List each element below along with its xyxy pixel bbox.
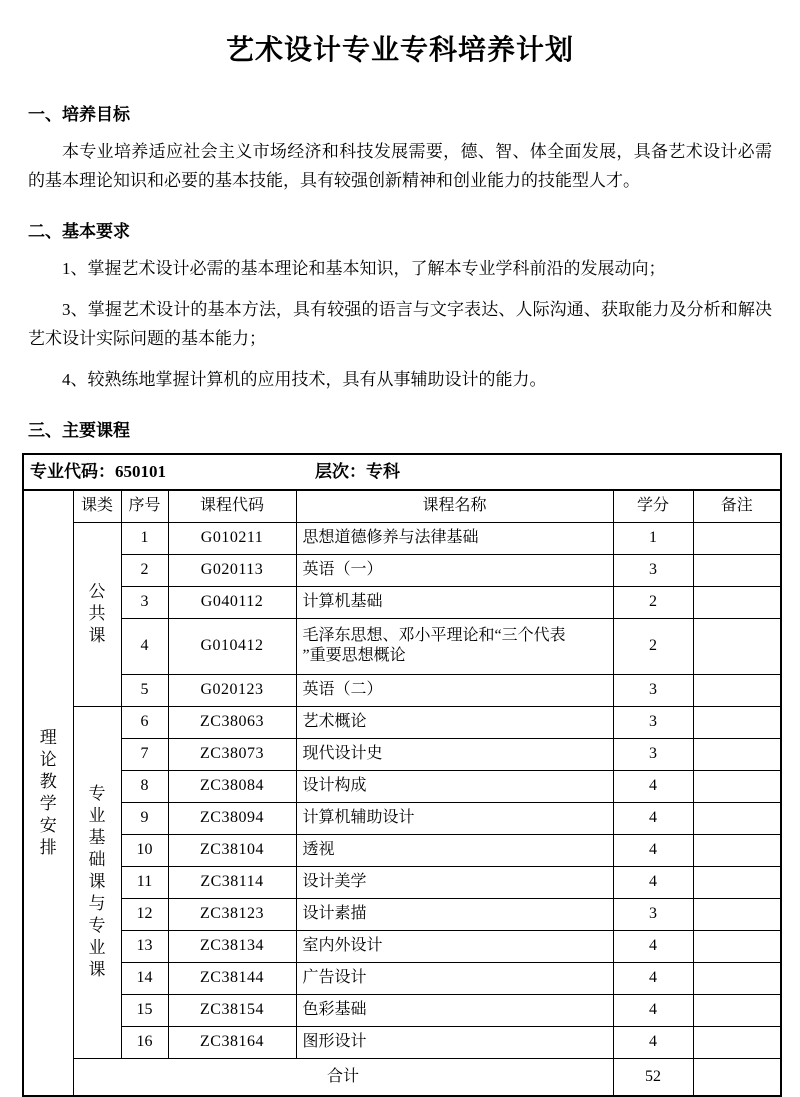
major-code-label: 专业代码： [30,462,115,481]
section-heading-training-goal: 一、培养目标 [28,100,772,125]
course-name: 英语（一） [296,554,613,586]
course-credits: 3 [613,554,693,586]
course-group-label: 专 业 基 础 课 与 专 业 课 [73,706,121,1058]
course-credits: 4 [613,930,693,962]
course-no: 1 [121,522,168,554]
course-code: G040112 [168,586,296,618]
course-credits: 4 [613,1026,693,1058]
course-name: 广告设计 [296,962,613,994]
course-row: 专 业 基 础 课 与 专 业 课6ZC38063艺术概论3 [23,706,781,738]
course-no: 11 [121,866,168,898]
course-code: G010211 [168,522,296,554]
table-header-row: 理 论 教 学 安 排 课类 序号 课程代码 课程名称 学分 备注 [23,490,781,522]
course-name: 计算机辅助设计 [296,802,613,834]
document-page: 艺术设计专业专科培养计划 一、培养目标 本专业培养适应社会主义市场经济和科技发展… [0,0,800,1097]
course-no: 15 [121,994,168,1026]
course-no: 13 [121,930,168,962]
side-group-label: 理 论 教 学 安 排 [23,490,73,1096]
column-header-course-name: 课程名称 [296,490,613,522]
major-code-value: 650101 [115,462,166,481]
course-name: 思想道德修养与法律基础 [296,522,613,554]
course-credits: 4 [613,770,693,802]
course-no: 7 [121,738,168,770]
requirement-item-1: 1、掌握艺术设计必需的基本理论和基本知识，了解本专业学科前沿的发展动向； [28,254,772,283]
course-remark [693,586,781,618]
course-credits: 4 [613,802,693,834]
course-code: ZC38134 [168,930,296,962]
course-code: G020113 [168,554,296,586]
course-remark [693,738,781,770]
course-remark [693,770,781,802]
course-no: 10 [121,834,168,866]
course-row: 14ZC38144广告设计4 [23,962,781,994]
course-credits: 4 [613,962,693,994]
page-title: 艺术设计专业专科培养计划 [28,28,772,68]
course-row: 8ZC38084设计构成4 [23,770,781,802]
course-name: 艺术概论 [296,706,613,738]
course-row: 15ZC38154色彩基础4 [23,994,781,1026]
course-name: 英语（二） [296,674,613,706]
course-credits: 3 [613,706,693,738]
course-no: 2 [121,554,168,586]
total-label: 合计 [73,1058,613,1096]
total-row: 合计 52 [23,1058,781,1096]
course-remark [693,522,781,554]
course-row: 3G040112计算机基础2 [23,586,781,618]
course-row: 4G010412毛泽东思想、邓小平理论和“三个代表 ”重要思想概论2 [23,618,781,674]
course-row: 16ZC38164图形设计4 [23,1026,781,1058]
total-credits: 52 [613,1058,693,1096]
course-remark [693,930,781,962]
course-code: ZC38063 [168,706,296,738]
course-code: ZC38114 [168,866,296,898]
course-no: 3 [121,586,168,618]
course-code: ZC38104 [168,834,296,866]
requirement-item-3: 3、掌握艺术设计的基本方法，具有较强的语言与文字表达、人际沟通、获取能力及分析和… [28,295,772,353]
level-value: 专科 [366,462,400,481]
course-name: 现代设计史 [296,738,613,770]
course-credits: 4 [613,834,693,866]
course-name: 毛泽东思想、邓小平理论和“三个代表 ”重要思想概论 [296,618,613,674]
course-credits: 4 [613,994,693,1026]
course-remark [693,706,781,738]
course-name: 色彩基础 [296,994,613,1026]
column-header-course-code: 课程代码 [168,490,296,522]
course-row: 公 共 课1G010211思想道德修养与法律基础1 [23,522,781,554]
course-code: G010412 [168,618,296,674]
section-heading-basic-requirements: 二、基本要求 [28,217,772,242]
course-credits: 3 [613,674,693,706]
course-no: 6 [121,706,168,738]
course-no: 4 [121,618,168,674]
course-credits: 2 [613,586,693,618]
course-row: 11ZC38114设计美学4 [23,866,781,898]
course-row: 13ZC38134室内外设计4 [23,930,781,962]
course-row: 12ZC38123设计素描3 [23,898,781,930]
course-no: 5 [121,674,168,706]
course-remark [693,618,781,674]
course-remark [693,962,781,994]
course-code: ZC38123 [168,898,296,930]
course-row: 9ZC38094计算机辅助设计4 [23,802,781,834]
course-code: ZC38094 [168,802,296,834]
course-no: 9 [121,802,168,834]
course-name: 设计构成 [296,770,613,802]
level: 层次：专科 [315,462,400,481]
course-table: 专业代码：650101层次：专科 理 论 教 学 安 排 课类 序号 课程代码 … [22,453,782,1097]
course-no: 8 [121,770,168,802]
course-no: 14 [121,962,168,994]
course-name: 设计素描 [296,898,613,930]
section-heading-main-courses: 三、主要课程 [28,416,772,441]
course-remark [693,866,781,898]
course-remark [693,674,781,706]
course-row: 2G020113英语（一）3 [23,554,781,586]
course-name: 室内外设计 [296,930,613,962]
course-code: ZC38073 [168,738,296,770]
course-name: 透视 [296,834,613,866]
column-header-course-type: 课类 [73,490,121,522]
course-no: 12 [121,898,168,930]
course-remark [693,994,781,1026]
course-code: G020123 [168,674,296,706]
course-code: ZC38144 [168,962,296,994]
course-row: 7ZC38073现代设计史3 [23,738,781,770]
course-remark [693,898,781,930]
requirement-item-4: 4、较熟练地掌握计算机的应用技术，具有从事辅助设计的能力。 [28,365,772,394]
total-remark [693,1058,781,1096]
course-name: 计算机基础 [296,586,613,618]
column-header-remark: 备注 [693,490,781,522]
course-name: 图形设计 [296,1026,613,1058]
course-code: ZC38084 [168,770,296,802]
course-name: 设计美学 [296,866,613,898]
column-header-number: 序号 [121,490,168,522]
course-credits: 3 [613,898,693,930]
course-group-label: 公 共 课 [73,522,121,706]
table-meta-cell: 专业代码：650101层次：专科 [23,454,781,490]
course-credits: 2 [613,618,693,674]
course-remark [693,802,781,834]
training-goal-paragraph: 本专业培养适应社会主义市场经济和科技发展需要，德、智、体全面发展，具备艺术设计必… [28,137,772,195]
table-meta-row: 专业代码：650101层次：专科 [23,454,781,490]
course-remark [693,834,781,866]
level-label: 层次： [315,462,366,481]
major-code: 专业代码：650101 [30,461,315,482]
course-code: ZC38164 [168,1026,296,1058]
course-credits: 1 [613,522,693,554]
course-row: 10ZC38104透视4 [23,834,781,866]
course-no: 16 [121,1026,168,1058]
course-code: ZC38154 [168,994,296,1026]
course-credits: 4 [613,866,693,898]
column-header-credits: 学分 [613,490,693,522]
course-credits: 3 [613,738,693,770]
course-remark [693,1026,781,1058]
course-row: 5G020123英语（二）3 [23,674,781,706]
course-remark [693,554,781,586]
